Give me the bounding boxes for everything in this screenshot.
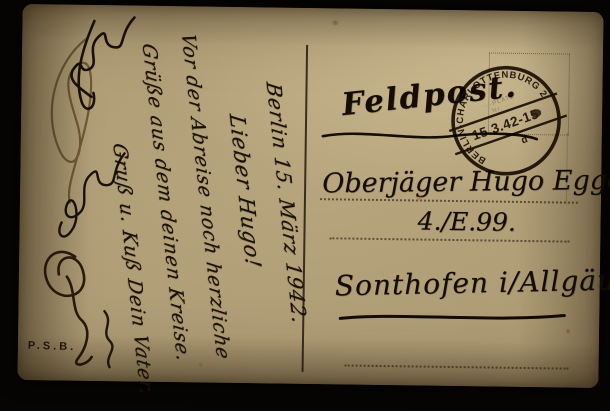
photo-stage: Feldpost. Oberjäger Hugo Eggert 4./E.99.…	[0, 0, 610, 411]
publisher-mark: P.S.B.	[28, 340, 77, 354]
stain-mark	[566, 328, 570, 335]
address-line-town: Sonthofen i/Allgäu.	[334, 263, 610, 302]
stain-mark	[279, 140, 284, 145]
town-underline	[336, 306, 570, 327]
stain-mark	[330, 20, 340, 25]
postcard: Feldpost. Oberjäger Hugo Eggert 4./E.99.…	[17, 4, 603, 388]
address-rule-2	[329, 237, 569, 242]
signatures-group	[17, 4, 162, 386]
stain-mark	[416, 194, 423, 201]
postmark-stamp-icon: BERLIN-CHARLOTTENBURG 2 ···PLATZ Nr. ·· …	[420, 35, 592, 207]
signature-pencil-icon	[51, 38, 92, 203]
address-line-unit: 4./E.99.	[417, 207, 516, 237]
stain-mark	[198, 362, 204, 367]
signature-flourish-icon	[104, 311, 113, 367]
address-rule-3	[345, 364, 569, 369]
signature-ink-top-icon	[71, 17, 134, 110]
postmark-index-letter: d	[520, 134, 529, 146]
